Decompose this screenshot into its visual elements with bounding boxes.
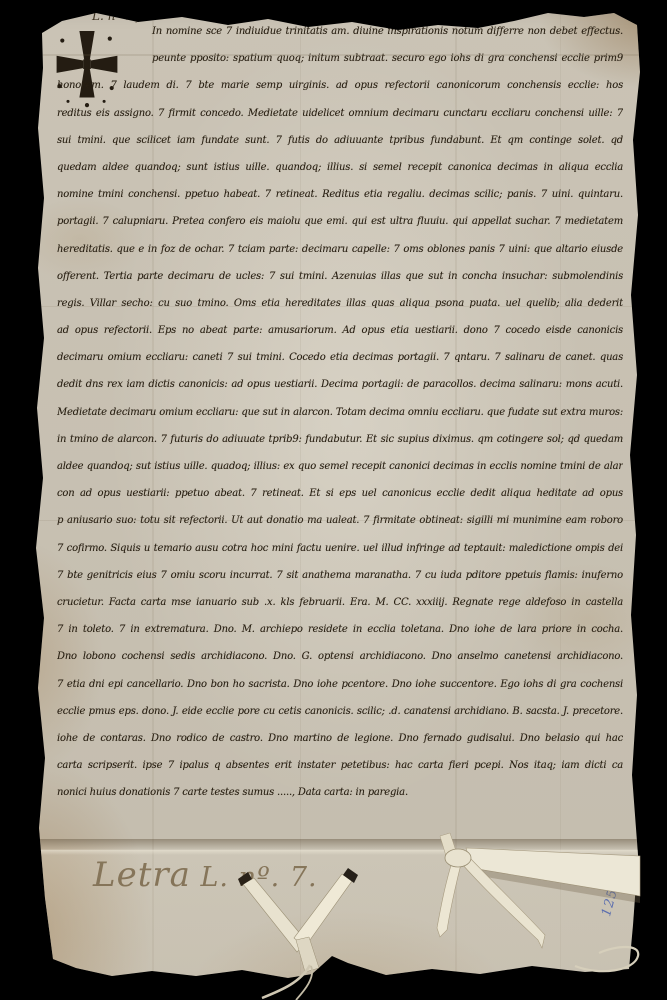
text-line: In nomine sce 7 indiuidue trinitatis am.… <box>57 18 623 45</box>
text-line: p aniusario suo: totu sit refectorii. Ut… <box>57 507 623 534</box>
text-line: hereditatis. que e in foz de ochar. 7 tc… <box>57 236 623 263</box>
text-line: ecclie pmus eps. dono. J. eide ecclie po… <box>57 698 623 725</box>
text-line: honorem. 7 laudem di. 7 bte marie semp u… <box>57 72 623 99</box>
text-line: quedam aldee quandoq; sunt istius uille.… <box>57 154 623 181</box>
text-line: carta scripserit. ipse 7 ipalus q absent… <box>57 752 623 779</box>
text-line: dedit dns rex iam dictis canonicis: ad o… <box>57 371 623 398</box>
text-line: offerent. Tertia parte decimaru de ucles… <box>57 263 623 290</box>
text-line: reditus eis assigno. 7 firmit concedo. M… <box>57 100 623 127</box>
text-line: Medietate decimaru omium eccliaru: que s… <box>57 399 623 426</box>
charter-text: In nomine sce 7 indiuidue trinitatis am.… <box>57 18 623 806</box>
text-line: decimaru omium eccliaru: caneti 7 sui tm… <box>57 344 623 371</box>
text-line: con ad opus uestiarii: ppetuo abeat. 7 r… <box>57 480 623 507</box>
text-line: crucietur. Facta carta mse ianuario sub … <box>57 589 623 616</box>
text-line: ad opus refectorii. Eps no abeat parte: … <box>57 317 623 344</box>
text-line: nonici huius donationis 7 carte testes s… <box>57 779 623 806</box>
archivist-number: 125 <box>599 895 619 918</box>
text-line: in tmino de alarcon. 7 futuris do adiuua… <box>57 426 623 453</box>
text-line: aldee quandoq; sut istius uille. quadoq;… <box>57 453 623 480</box>
fold-inscription-mark: L. nº. 7. <box>191 862 318 893</box>
text-line: portagii. 7 calupniaru. Pretea confero e… <box>57 208 623 235</box>
parchment: L. nº 7 ſs In nomine sce 7 indiuidue tri… <box>0 0 667 1000</box>
text-line: 7 etia dni epi cancellario. Dno bon ho s… <box>57 671 623 698</box>
text-line: peunte pposito: spatium quoq; initum sub… <box>57 45 623 72</box>
text-line: 7 cofirmo. Siquis u temario ausu cotra h… <box>57 535 623 562</box>
text-line: 7 bte genitricis eius 7 omiu scoru incur… <box>57 562 623 589</box>
text-line: nomine tmini conchensi. ppetuo habeat. 7… <box>57 181 623 208</box>
text-line: sui tmini. que scilicet iam fundate sunt… <box>57 127 623 154</box>
fold-inscription: Letra L. nº. 7. <box>93 855 318 895</box>
text-line: 7 in toleto. 7 in extrematura. Dno. M. a… <box>57 616 623 643</box>
manuscript-photo: L. nº 7 ſs In nomine sce 7 indiuidue tri… <box>0 0 667 1000</box>
text-line: regis. Villar secho: cu suo tmino. Oms e… <box>57 290 623 317</box>
fold-inscription-word: Letra <box>93 855 191 895</box>
text-line: Dno lobono cochensi sedis archidiacono. … <box>57 643 623 670</box>
text-line: iohe de contaras. Dno rodico de castro. … <box>57 725 623 752</box>
